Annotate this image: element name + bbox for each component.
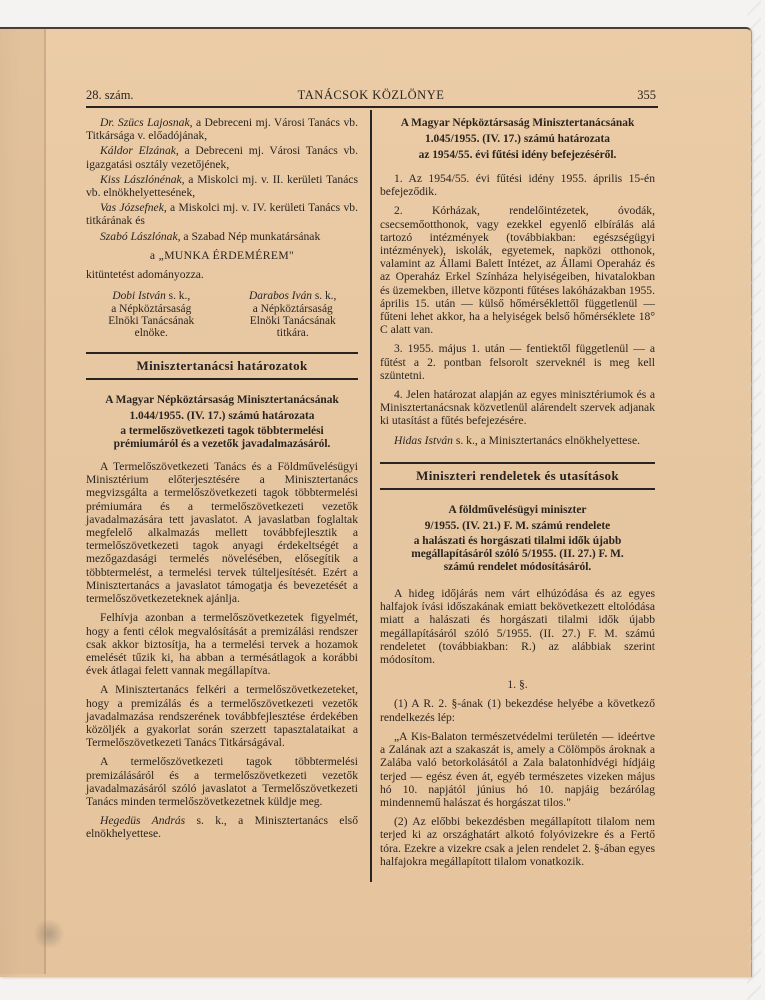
signature: Darabos Iván s. k., a Népköztársaság Eln… xyxy=(227,290,358,340)
resolution-body: A Termelőszövetkezeti Tanács és a Földmű… xyxy=(86,460,358,840)
award-recipient: Káldor Elzának, a Debreceni mj. Városi T… xyxy=(86,144,358,170)
paragraph: 1. Az 1954/55. évi fűtési idény 1955. áp… xyxy=(380,172,655,198)
section-rule-bottom xyxy=(86,378,358,381)
signature: Dobi István s. k., a Népköztársaság Elnö… xyxy=(86,290,217,340)
paragraph: „A Kis-Balaton természetvédelmi területé… xyxy=(380,730,655,809)
paragraph: A Termelőszövetkezeti Tanács és a Földmű… xyxy=(86,460,358,605)
resolution-body: 1. Az 1954/55. évi fűtési idény 1955. áp… xyxy=(380,172,655,447)
signer-line: Hidas István s. k., a Minisztertanács el… xyxy=(380,434,655,447)
folded-edge xyxy=(0,29,44,974)
signer-line: Hegedüs András s. k., a Minisztertanács … xyxy=(86,814,358,840)
decree-body: A hideg időjárás nem várt elhúzódása és … xyxy=(380,587,655,868)
section-rule-bottom xyxy=(380,488,655,491)
decree-title: A földművelésügyi miniszter 9/1955. (IV.… xyxy=(380,503,655,574)
signature-block: Dobi István s. k., a Népköztársaság Elnö… xyxy=(86,290,358,340)
section-mark: 1. §. xyxy=(380,678,655,691)
award-list: Dr. Szücs Lajosnak, a Debreceni mj. Váro… xyxy=(86,116,358,243)
paragraph: (1) A R. 2. §-ának (1) bekezdése helyébe… xyxy=(380,697,655,723)
decree-intro: A hideg időjárás nem várt elhúzódása és … xyxy=(380,587,655,666)
award-recipient: Vas Józsefnek, a Miskolci mj. v. IV. ker… xyxy=(86,201,358,227)
section-title: Minisztertanácsi határozatok xyxy=(86,354,358,377)
page-header: 28. szám. TANÁCSOK KÖZLÖNYE 355 xyxy=(86,88,656,106)
right-column: A Magyar Népköztársaság Minisztertanácsá… xyxy=(380,116,655,874)
award-recipient: Dr. Szücs Lajosnak, a Debreceni mj. Váro… xyxy=(86,116,358,142)
fold-crease xyxy=(44,29,46,974)
column-divider xyxy=(370,110,372,882)
paragraph: Felhívja azonban a termelőszövetkezetek … xyxy=(86,611,358,677)
paragraph: A termelőszövetkezeti tagok többtermelés… xyxy=(86,755,358,808)
paragraph: 2. Kórházak, rendelőintézetek, óvodák, c… xyxy=(380,204,655,336)
award-recipient: Kiss Lászlónénak, a Miskolci mj. v. II. … xyxy=(86,173,358,199)
left-column: Dr. Szücs Lajosnak, a Debreceni mj. Váro… xyxy=(86,116,358,847)
paragraph: 3. 1955. május 1. után — fentiektől függ… xyxy=(380,342,655,382)
paper-stain xyxy=(32,920,66,948)
resolution-title: A Magyar Népköztársaság Minisztertanácsá… xyxy=(380,116,655,163)
section-title: Miniszteri rendeletek és utasítások xyxy=(380,464,655,487)
header-rule xyxy=(86,106,658,108)
award-recipient: Szabó Lászlónak, a Szabad Nép munkatársá… xyxy=(86,230,358,243)
publication-title: TANÁCSOK KÖZLÖNYE xyxy=(86,88,656,103)
award-closing: kitüntetést adományozza. xyxy=(86,268,358,281)
page-number: 355 xyxy=(637,88,656,103)
section-header: Minisztertanácsi határozatok xyxy=(86,349,358,383)
paragraph: A Minisztertanács felkéri a termelőszöve… xyxy=(86,683,358,749)
paragraph: 4. Jelen határozat alapján az egyes mini… xyxy=(380,388,655,428)
resolution-title: A Magyar Népköztársaság Minisztertanácsá… xyxy=(86,393,358,451)
paragraph: (2) Az előbbi bekezdésben megállapított … xyxy=(380,815,655,868)
award-title: a „MUNKA ÉRDEMÉREM" xyxy=(86,249,358,262)
section-header: Miniszteri rendeletek és utasítások xyxy=(380,459,655,493)
watermark-strip xyxy=(747,0,761,1000)
